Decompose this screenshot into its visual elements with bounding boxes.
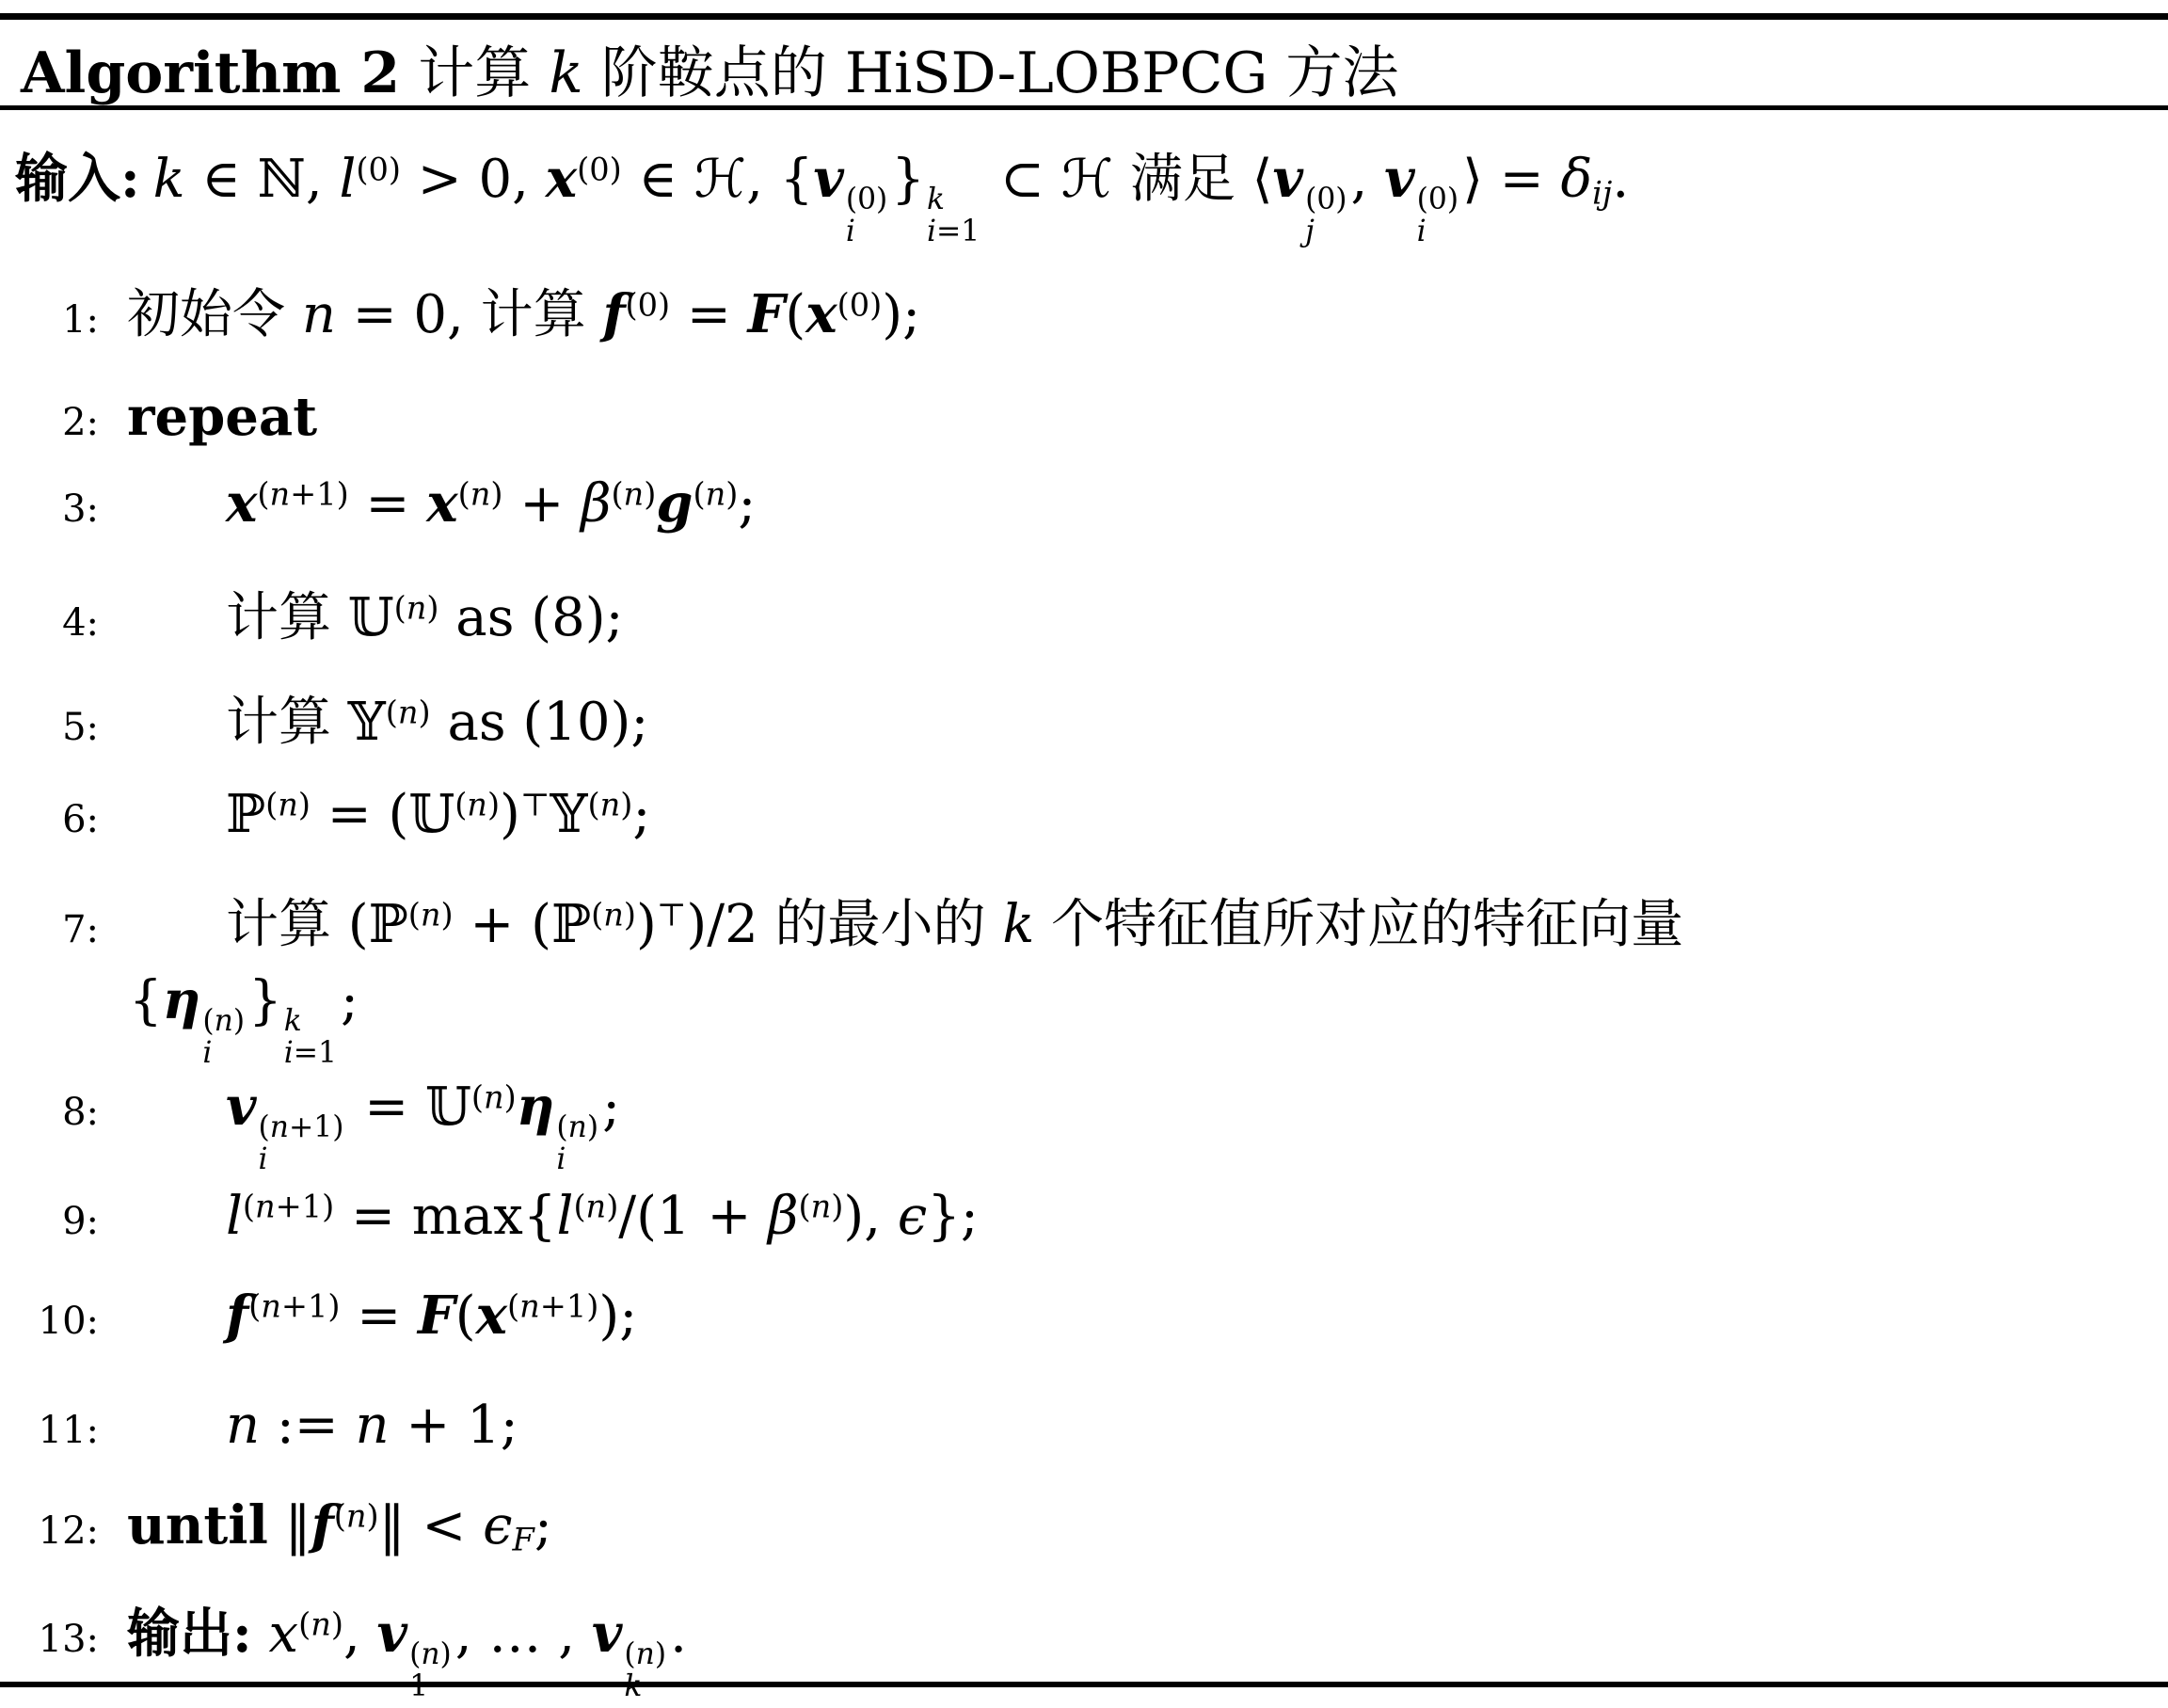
algorithm-line-6: 6: ℙ(n) = (𝕌(n))⊤𝕐(n); <box>0 784 2168 845</box>
input-formula: k ∈ ℕ, l(0) > 0, x(0) ∈ ℋ, {v(0)i}ki=1 ⊂… <box>153 149 1629 210</box>
line-content: repeat <box>127 386 317 448</box>
title-separator-rule <box>0 105 2168 110</box>
line-number: 12: <box>0 1509 99 1553</box>
algorithm-line-7-continuation: {η(n)i}ki=1; <box>0 969 2168 1070</box>
line-number: 9: <box>0 1200 99 1243</box>
line-number: 6: <box>0 798 99 841</box>
line-number: 5: <box>0 706 99 749</box>
line-number: 1: <box>0 298 99 342</box>
line-number: 7: <box>0 908 99 951</box>
top-rule <box>0 13 2168 20</box>
algorithm-line-1: 1: 初始令 n = 0, 计算 f(0) = F(x(0)); <box>0 273 2168 348</box>
algorithm-box: Algorithm 2 计算 k 阶鞍点的 HiSD-LOBPCG 方法 输入:… <box>0 0 2168 1708</box>
algorithm-line-9: 9: l(n+1) = max{l(n)/(1 + β(n)), ϵ}; <box>0 1186 2168 1247</box>
input-line: 输入:k ∈ ℕ, l(0) > 0, x(0) ∈ ℋ, {v(0)i}ki=… <box>15 137 1629 248</box>
line-content: 初始令 n = 0, 计算 f(0) = F(x(0)); <box>127 273 920 348</box>
line-number: 3: <box>0 487 99 531</box>
algorithm-title-keyword: Algorithm 2 <box>21 40 400 106</box>
line-number: 11: <box>0 1409 99 1452</box>
algorithm-line-8: 8: v(n+1)i = 𝕌(n)η(n)i; <box>0 1076 2168 1176</box>
line-number: 10: <box>0 1300 99 1343</box>
line-content: x(n+1) = x(n) + β(n)g(n); <box>226 472 756 535</box>
line-content: f(n+1) = F(x(n+1)); <box>226 1285 637 1347</box>
line-content: v(n+1)i = 𝕌(n)η(n)i; <box>226 1076 620 1176</box>
line-content: {η(n)i}ki=1; <box>129 969 359 1070</box>
line-number: 13: <box>0 1618 99 1661</box>
line-number: 4: <box>0 601 99 645</box>
algorithm-line-10: 10: f(n+1) = F(x(n+1)); <box>0 1285 2168 1347</box>
line-content: l(n+1) = max{l(n)/(1 + β(n)), ϵ}; <box>226 1186 979 1247</box>
algorithm-line-4: 4: 计算 𝕌(n) as (8); <box>0 576 2168 651</box>
algorithm-line-5: 5: 计算 𝕐(n) as (10); <box>0 680 2168 756</box>
algorithm-title: Algorithm 2 计算 k 阶鞍点的 HiSD-LOBPCG 方法 <box>21 28 1398 109</box>
algorithm-line-7: 7: 计算 (ℙ(n) + (ℙ(n))⊤)/2 的最小的 k 个特征值所对应的… <box>0 883 2168 958</box>
line-number: 8: <box>0 1091 99 1134</box>
line-number: 2: <box>0 401 99 444</box>
algorithm-line-12: 12: until ‖f(n)‖ < ϵF; <box>0 1494 2168 1556</box>
algorithm-line-2: 2: repeat <box>0 386 2168 448</box>
bottom-rule <box>0 1682 2168 1687</box>
line-content: 计算 (ℙ(n) + (ℙ(n))⊤)/2 的最小的 k 个特征值所对应的特征向… <box>226 883 1683 958</box>
algorithm-line-11: 11: n := n + 1; <box>0 1395 2168 1456</box>
input-keyword: 输入: <box>15 148 140 210</box>
line-content: 计算 𝕐(n) as (10); <box>226 680 648 756</box>
line-content: until ‖f(n)‖ < ϵF; <box>127 1494 552 1556</box>
line-content: 计算 𝕌(n) as (8); <box>226 576 623 651</box>
algorithm-line-3: 3: x(n+1) = x(n) + β(n)g(n); <box>0 472 2168 535</box>
algorithm-title-text: 计算 k 阶鞍点的 HiSD-LOBPCG 方法 <box>400 40 1398 106</box>
line-content: n := n + 1; <box>226 1395 518 1456</box>
line-content: ℙ(n) = (𝕌(n))⊤𝕐(n); <box>226 784 650 845</box>
